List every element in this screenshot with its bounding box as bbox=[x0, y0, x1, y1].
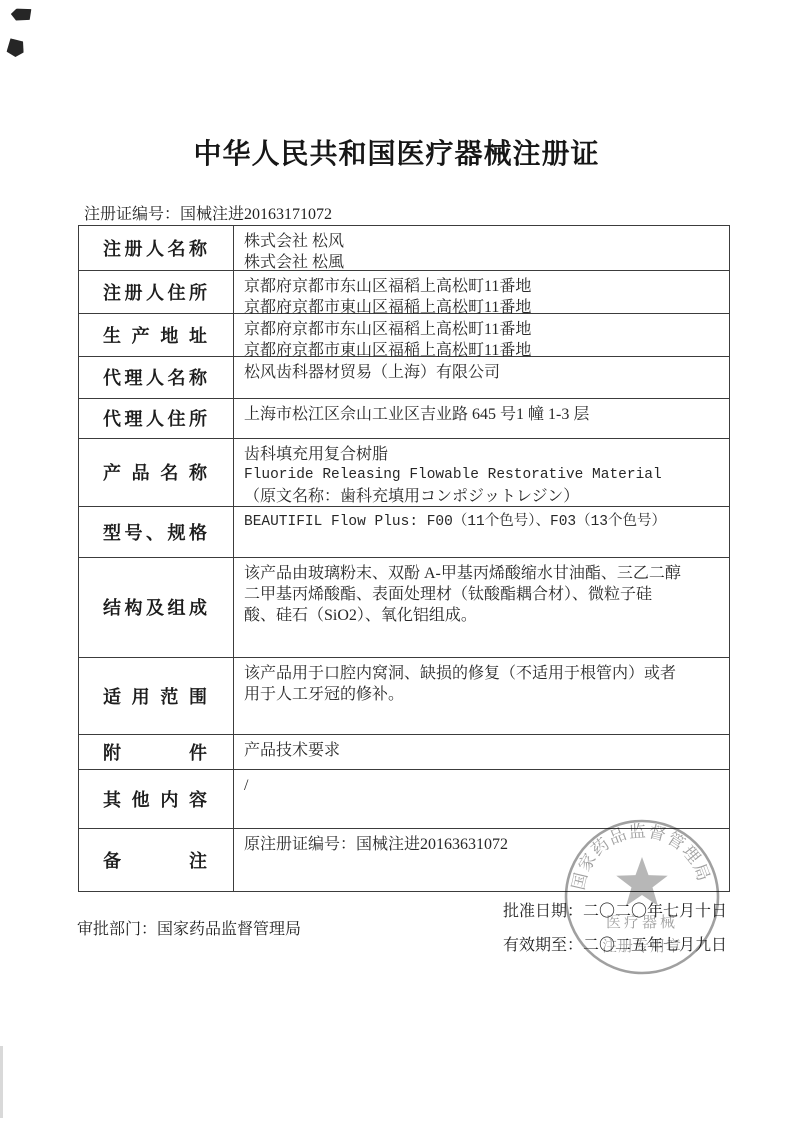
scan-artifact-mark bbox=[10, 7, 33, 23]
certificate-page: 中华人民共和国医疗器械注册证 注册证编号：国械注进20163171072 注册人… bbox=[0, 0, 793, 1122]
row-label-text: 结构及组成 bbox=[103, 594, 207, 620]
row-label-text: 适用范围 bbox=[103, 683, 207, 709]
row-value: BEAUTIFIL Flow Plus: F00（11个色号）、F03（13个色… bbox=[234, 507, 729, 558]
table-row: 结构及组成 该产品由玻璃粉末、双酚 A-甲基丙烯酸缩水甘油酯、三乙二醇二甲基丙烯… bbox=[79, 557, 729, 657]
row-label-text: 备注 bbox=[103, 847, 207, 873]
row-label-text: 生产地址 bbox=[103, 322, 207, 348]
row-value-line: 京都府京都市东山区福稻上高松町11番地 bbox=[244, 319, 721, 340]
row-value: 松风齿科器材贸易（上海）有限公司 bbox=[234, 357, 729, 398]
row-label: 结构及组成 bbox=[79, 558, 234, 657]
row-label: 适用范围 bbox=[79, 658, 234, 735]
row-label: 代理人名称 bbox=[79, 357, 234, 398]
row-value: 京都府京都市东山区福稻上高松町11番地京都府京都市東山区福稲上高松町11番地 bbox=[234, 314, 729, 357]
row-label-text: 附件 bbox=[103, 739, 207, 765]
row-value: 上海市松江区佘山工业区吉业路 645 号1 幢 1-3 层 bbox=[234, 399, 729, 439]
table-row: 代理人住所 上海市松江区佘山工业区吉业路 645 号1 幢 1-3 层 bbox=[79, 398, 729, 439]
row-value-line: Fluoride Releasing Flowable Restorative … bbox=[244, 465, 721, 486]
row-label: 备注 bbox=[79, 829, 234, 891]
seal-star-icon bbox=[616, 857, 667, 906]
row-value: 株式会社 松风株式会社 松風 bbox=[234, 226, 729, 270]
row-value-line: 京都府京都市东山区福稻上高松町11番地 bbox=[244, 276, 721, 297]
row-value-line: 齿科填充用复合树脂 bbox=[244, 444, 721, 465]
scan-artifact-mark bbox=[6, 38, 25, 58]
row-label-text: 注册人住所 bbox=[103, 279, 207, 305]
row-label-text: 代理人住所 bbox=[103, 405, 207, 431]
row-value: 京都府京都市东山区福稻上高松町11番地京都府京都市東山区福稲上高松町11番地 bbox=[234, 271, 729, 313]
scan-edge-smudge bbox=[0, 1046, 3, 1118]
seal-center-line1: 医疗器械 bbox=[606, 913, 678, 931]
row-value-line: （原文名称：歯科充填用コンポジットレジン） bbox=[244, 486, 721, 507]
table-row: 产品名称 齿科填充用复合树脂Fluoride Releasing Flowabl… bbox=[79, 438, 729, 506]
table-row: 代理人名称 松风齿科器材贸易（上海）有限公司 bbox=[79, 356, 729, 398]
row-label: 其他内容 bbox=[79, 770, 234, 829]
row-label: 注册人名称 bbox=[79, 226, 234, 270]
approval-department: 审批部门：国家药品监督管理局 bbox=[77, 916, 301, 939]
row-label: 注册人住所 bbox=[79, 271, 234, 313]
row-value-line: / bbox=[244, 775, 721, 796]
row-value-line: 用于人工牙冠的修补。 bbox=[244, 684, 721, 705]
row-label-text: 其他内容 bbox=[103, 786, 207, 812]
table-row: 附件 产品技术要求 bbox=[79, 734, 729, 769]
row-value-line: 株式会社 松风 bbox=[244, 231, 721, 252]
row-value-line: 该产品用于口腔内窝洞、缺损的修复（不适用于根管内）或者 bbox=[244, 663, 721, 684]
table-row: 适用范围 该产品用于口腔内窝洞、缺损的修复（不适用于根管内）或者用于人工牙冠的修… bbox=[79, 657, 729, 735]
row-value-line: BEAUTIFIL Flow Plus: F00（11个色号）、F03（13个色… bbox=[244, 512, 721, 533]
row-value-line: 二甲基丙烯酸酯、表面处理材（钛酸酯耦合材）、微粒子硅 bbox=[244, 584, 721, 605]
row-value-line: 株式会社 松風 bbox=[244, 252, 721, 273]
row-label: 产品名称 bbox=[79, 439, 234, 506]
row-value: 产品技术要求 bbox=[234, 735, 729, 769]
row-label: 生产地址 bbox=[79, 314, 234, 357]
row-label: 代理人住所 bbox=[79, 399, 234, 439]
row-value-line: 松风齿科器材贸易（上海）有限公司 bbox=[244, 362, 721, 383]
table-row: 型号、规格 BEAUTIFIL Flow Plus: F00（11个色号）、F0… bbox=[79, 506, 729, 558]
official-seal: 国家药品监督管理局 医疗器械 注册专用章 bbox=[560, 815, 725, 980]
certificate-table: 注册人名称 株式会社 松风株式会社 松風 注册人住所 京都府京都市东山区福稻上高… bbox=[78, 225, 730, 892]
row-label-text: 注册人名称 bbox=[103, 235, 207, 261]
row-value: 齿科填充用复合树脂Fluoride Releasing Flowable Res… bbox=[234, 439, 729, 506]
row-value: 该产品由玻璃粉末、双酚 A-甲基丙烯酸缩水甘油酯、三乙二醇二甲基丙烯酸酯、表面处… bbox=[234, 558, 729, 657]
table-row: 注册人名称 株式会社 松风株式会社 松風 bbox=[79, 226, 729, 270]
table-row: 注册人住所 京都府京都市东山区福稻上高松町11番地京都府京都市東山区福稲上高松町… bbox=[79, 270, 729, 313]
row-value-line: 产品技术要求 bbox=[244, 740, 721, 761]
row-label-text: 型号、规格 bbox=[103, 519, 207, 545]
row-label-text: 产品名称 bbox=[103, 459, 207, 485]
row-label: 型号、规格 bbox=[79, 507, 234, 558]
row-label: 附件 bbox=[79, 735, 234, 769]
row-value-line: 上海市松江区佘山工业区吉业路 645 号1 幢 1-3 层 bbox=[244, 404, 721, 425]
row-value-line: 酸、硅石（SiO2）、氧化铝组成。 bbox=[244, 605, 721, 626]
seal-center-line2: 注册专用章 bbox=[602, 937, 682, 955]
row-value-line: 该产品由玻璃粉末、双酚 A-甲基丙烯酸缩水甘油酯、三乙二醇 bbox=[244, 563, 721, 584]
registration-number: 注册证编号：国械注进20163171072 bbox=[84, 201, 332, 224]
page-title: 中华人民共和国医疗器械注册证 bbox=[0, 132, 793, 172]
row-label-text: 代理人名称 bbox=[103, 364, 207, 390]
table-row: 生产地址 京都府京都市东山区福稻上高松町11番地京都府京都市東山区福稲上高松町1… bbox=[79, 313, 729, 357]
row-value: 该产品用于口腔内窝洞、缺损的修复（不适用于根管内）或者用于人工牙冠的修补。 bbox=[234, 658, 729, 735]
